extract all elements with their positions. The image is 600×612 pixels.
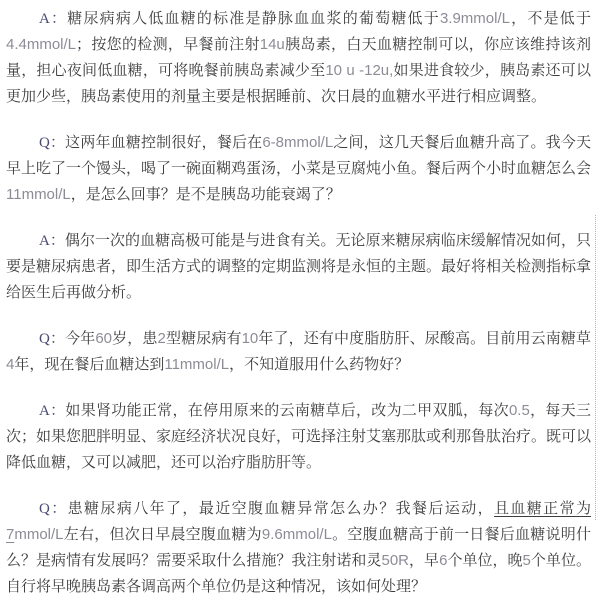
measurement-value: 50R	[381, 552, 409, 569]
qa-label-question: Q：	[39, 501, 68, 517]
measurement-value: 11mmol/L	[6, 186, 71, 203]
qa-label-answer: A：	[39, 233, 65, 249]
text-segment: 左右，但次日早晨空腹血糖为	[64, 527, 262, 543]
qa-label-answer: A：	[39, 11, 67, 27]
measurement-value: 4.4mmol/L	[6, 36, 76, 53]
text-segment: ，不是低于	[510, 11, 591, 27]
text-segment: 今年	[65, 331, 95, 347]
text-segment: 岁，患	[112, 331, 158, 347]
measurement-value: 60	[95, 330, 112, 347]
measurement-value: 10	[242, 330, 259, 347]
text-segment: 糖尿病病人低血糖的标准是静脉血血浆的葡萄糖低于	[67, 11, 440, 27]
text-segment: 患糖尿病八年了，最近空腹血糖异常怎么办？我餐后运动，	[68, 501, 494, 517]
measurement-value: 3.9mmol/L	[440, 10, 510, 27]
measurement-value: 10 u -12u,	[325, 62, 393, 79]
qa-paragraph-question-5: Q：患糖尿病八年了，最近空腹血糖异常怎么办？我餐后运动，且血糖正常为7mmol/…	[6, 496, 591, 600]
text-segment: 且血糖正常为	[494, 501, 591, 517]
text-segment: ，不知道服用什么药物好？	[229, 357, 409, 373]
measurement-value: 6-8mmol/L	[262, 134, 333, 151]
text-segment: 年，现在餐后血糖达到	[14, 357, 164, 373]
text-segment: 年了，还有中度脂肪肝、尿酸高。目前用云南糖草	[258, 331, 591, 347]
qa-article-page: A：糖尿病病人低血糖的标准是静脉血血浆的葡萄糖低于3.9mmol/L，不是低于4…	[0, 0, 600, 612]
text-segment: ；按您的检测，早餐前注射	[76, 37, 260, 53]
text-segment: 如果肾功能正常，在停用原来的云南糖草后，改为二甲双胍，每次	[65, 403, 509, 419]
dotted-right-border	[595, 215, 596, 520]
text-segment: 偶尔一次的血糖高极可能是与进食有关。无论原来糖尿病临床缓解情况如何，只要是糖尿病…	[6, 233, 591, 301]
text-segment: 型糖尿病有	[166, 331, 242, 347]
measurement-value: 11mmol/L	[164, 356, 229, 373]
measurement-value: 5	[523, 552, 531, 569]
qa-paragraph-answer-0: A：糖尿病病人低血糖的标准是静脉血血浆的葡萄糖低于3.9mmol/L，不是低于4…	[6, 6, 591, 110]
measurement-value: 14u	[260, 36, 285, 53]
text-segment: ，是怎么回事？是不是胰岛功能衰竭了？	[71, 187, 341, 203]
measurement-value: 0.5	[509, 402, 530, 419]
qa-label-answer: A：	[39, 403, 65, 419]
qa-paragraph-question-1: Q：这两年血糖控制很好，餐后在6-8mmol/L之间，这几天餐后血糖升高了。我今…	[6, 130, 591, 208]
measurement-value: 2	[158, 330, 166, 347]
qa-article-body: A：糖尿病病人低血糖的标准是静脉血血浆的葡萄糖低于3.9mmol/L，不是低于4…	[6, 6, 591, 600]
qa-paragraph-answer-4: A：如果肾功能正常，在停用原来的云南糖草后，改为二甲双胍，每次0.5，每天三次；…	[6, 398, 591, 476]
text-segment: ，早	[409, 553, 439, 569]
measurement-value: 9.6mmol/L	[262, 526, 332, 543]
qa-label-question: Q：	[39, 135, 65, 151]
text-segment: 个单位，晚	[447, 553, 522, 569]
text-segment: 这两年血糖控制很好，餐后在	[65, 135, 262, 151]
qa-label-question: Q：	[39, 331, 65, 347]
qa-paragraph-answer-2: A：偶尔一次的血糖高极可能是与进食有关。无论原来糖尿病临床缓解情况如何，只要是糖…	[6, 228, 591, 306]
qa-paragraph-question-3: Q：今年60岁，患2型糖尿病有10年了，还有中度脂肪肝、尿酸高。目前用云南糖草4…	[6, 326, 591, 378]
measurement-value: mmol/L	[14, 526, 63, 543]
